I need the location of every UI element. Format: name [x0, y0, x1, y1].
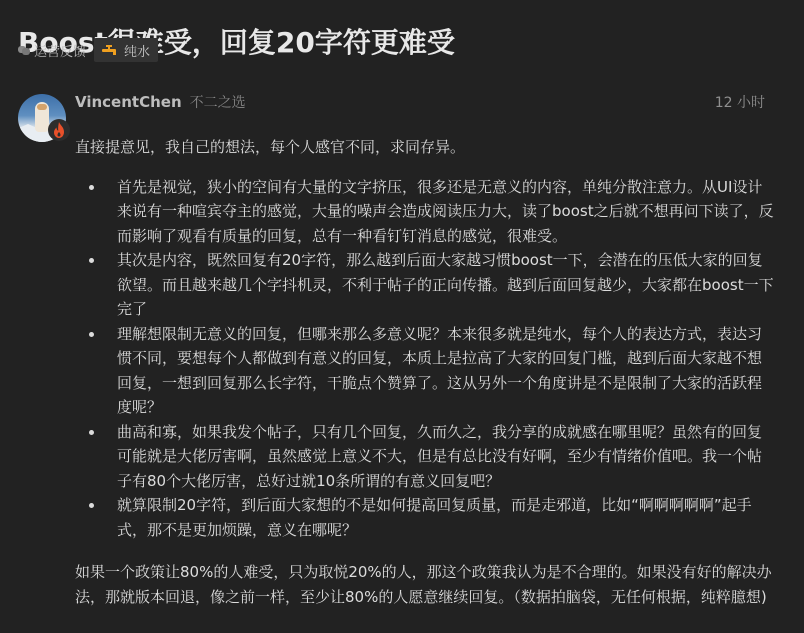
post-header: VincentChen 不二之选 12 小时 [75, 92, 765, 112]
avatar-cat [35, 102, 49, 132]
tag-label: 纯水 [124, 41, 150, 60]
fire-icon [52, 122, 66, 138]
tag-link[interactable]: 纯水 [94, 38, 158, 62]
list-item: 理解想限制无意义的回复，但哪来那么多意义呢？本来很多就是纯水，每个人的表达方式，… [117, 322, 775, 420]
list-item: 曲高和寡，如果我发个帖子，只有几个回复，久而久之，我分享的成就感在哪里呢？虽然有… [117, 420, 775, 494]
user-flair [48, 119, 70, 141]
topic-meta: 运营反馈 纯水 [18, 38, 158, 62]
category-bubbles-icon [18, 45, 30, 55]
category-label: 运营反馈 [34, 41, 86, 60]
username[interactable]: VincentChen [75, 93, 182, 111]
post-conclusion: 如果一个政策让80%的人难受，只为取悦20%的人，那这个政策我认为是不合理的。如… [75, 560, 775, 609]
post-body: 直接提意见，我自己的想法，每个人感官不同，求同存异。 首先是视觉，狭小的空间有大… [75, 135, 775, 609]
post-intro: 直接提意见，我自己的想法，每个人感官不同，求同存异。 [75, 135, 775, 160]
post-date[interactable]: 12 小时 [715, 92, 765, 112]
user-title: 不二之选 [190, 92, 246, 112]
category-link[interactable]: 运营反馈 [18, 41, 86, 60]
list-item: 其次是内容，既然回复有20字符，那么越到后面大家越习惯boost一下，会潜在的压… [117, 248, 775, 322]
points-list: 首先是视觉，狭小的空间有大量的文字挤压，很多还是无意义的内容，单纯分散注意力。从… [75, 175, 775, 543]
list-item: 首先是视觉，狭小的空间有大量的文字挤压，很多还是无意义的内容，单纯分散注意力。从… [117, 175, 775, 249]
list-item: 就算限制20字符，到后面大家想的不是如何提高回复质量，而是走邪道，比如“啊啊啊啊… [117, 493, 775, 542]
faucet-icon [102, 45, 118, 55]
